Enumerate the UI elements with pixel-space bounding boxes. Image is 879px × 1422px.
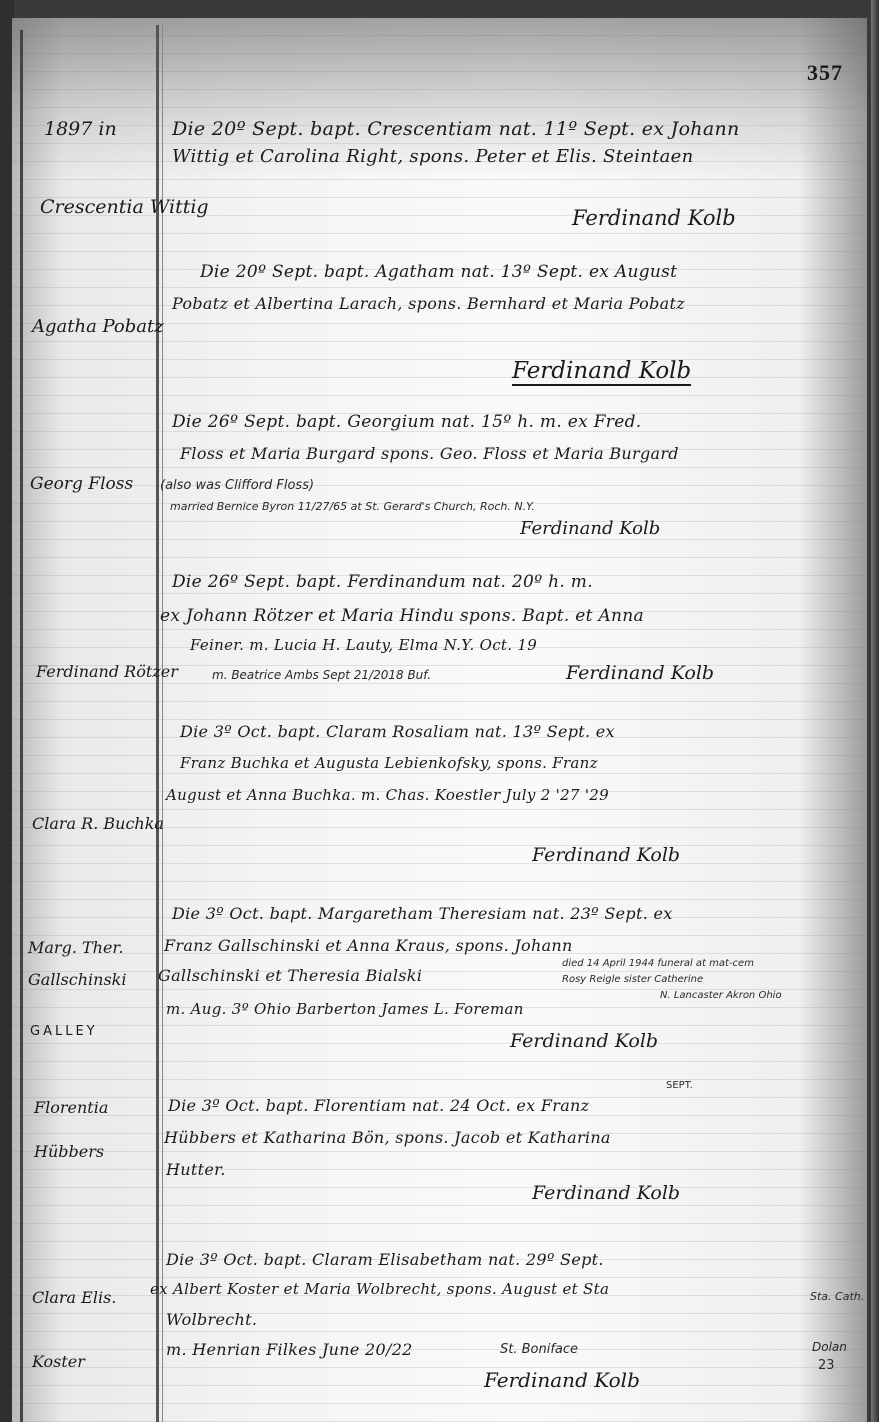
- annotation: 23: [818, 1358, 835, 1373]
- entry-line: Die 26º Sept. bapt. Georgium nat. 15º h.…: [172, 412, 641, 432]
- signature: Ferdinand Kolb: [566, 662, 714, 684]
- entry-line: August et Anna Buchka. m. Chas. Koestler…: [166, 786, 609, 804]
- entry-line: Wolbrecht.: [166, 1310, 257, 1329]
- annotation: N. Lancaster Akron Ohio: [660, 990, 782, 1001]
- margin-name: Ferdinand Rötzer: [36, 662, 178, 681]
- signature: Ferdinand Kolb: [520, 518, 660, 539]
- year-margin: 1897 in: [44, 118, 117, 140]
- margin-name: Crescentia Wittig: [40, 196, 209, 218]
- annotation: m. Beatrice Ambs Sept 21/2018 Buf.: [212, 668, 431, 682]
- entry-line: Franz Buchka et Augusta Lebienkofsky, sp…: [180, 754, 598, 772]
- entry-line: Wittig et Carolina Right, spons. Peter e…: [172, 146, 693, 167]
- annotation: Sta. Cath.: [810, 1290, 864, 1303]
- signature: Ferdinand Kolb: [512, 358, 691, 386]
- entry-line: Die 3º Oct. bapt. Claram Rosaliam nat. 1…: [180, 722, 615, 741]
- entry-line: Gallschinski et Theresia Bialski: [158, 966, 422, 985]
- entry-line: ex Johann Rötzer et Maria Hindu spons. B…: [160, 606, 644, 626]
- signature: Ferdinand Kolb: [532, 844, 680, 866]
- annotation: Dolan: [812, 1340, 847, 1354]
- annotation: died 14 April 1944 funeral at mat-cem: [562, 958, 754, 969]
- entry-line: Die 3º Oct. bapt. Claram Elisabetham nat…: [166, 1250, 604, 1269]
- annotation: Rosy Reigle sister Catherine: [562, 974, 703, 985]
- signature: Ferdinand Kolb: [510, 1030, 658, 1052]
- entry-line: Hübbers et Katharina Bön, spons. Jacob e…: [164, 1128, 611, 1147]
- entry-line: Hutter.: [166, 1160, 226, 1179]
- entry-line: Die 20º Sept. bapt. Crescentiam nat. 11º…: [172, 118, 740, 140]
- page-number: 357: [807, 60, 843, 86]
- entry-line: Floss et Maria Burgard spons. Geo. Floss…: [180, 444, 679, 463]
- signature: Ferdinand Kolb: [484, 1368, 640, 1392]
- entry-line: m. Henrian Filkes June 20/22: [166, 1340, 413, 1359]
- annotation: married Bernice Byron 11/27/65 at St. Ge…: [170, 500, 535, 513]
- annotation: SEPT.: [666, 1080, 693, 1091]
- entry-line: ex Albert Koster et Maria Wolbrecht, spo…: [150, 1280, 609, 1298]
- entry-line: Die 20º Sept. bapt. Agatham nat. 13º Sep…: [200, 262, 677, 282]
- margin-note: GALLEY: [30, 1024, 98, 1039]
- signature: Ferdinand Kolb: [572, 206, 736, 230]
- signature: Ferdinand Kolb: [532, 1182, 680, 1204]
- entry-line: Die 26º Sept. bapt. Ferdinandum nat. 20º…: [172, 572, 593, 592]
- margin-name: Marg. Ther. Gallschinski: [28, 932, 153, 996]
- entry-line: m. Aug. 3º Ohio Barberton James L. Forem…: [166, 1000, 524, 1018]
- margin-name: Agatha Pobatz: [32, 316, 164, 337]
- entry-line: Die 3º Oct. bapt. Margaretham Theresiam …: [172, 904, 673, 923]
- margin-name: Florentia Hübbers: [34, 1086, 144, 1174]
- entry-line: Pobatz et Albertina Larach, spons. Bernh…: [172, 294, 685, 313]
- margin-name: Clara R. Buchka: [32, 814, 164, 833]
- entry-line: Feiner. m. Lucia H. Lauty, Elma N.Y. Oct…: [190, 636, 537, 654]
- margin-rule-outer: [20, 30, 23, 1422]
- margin-rule-inner-thin: [162, 25, 163, 1422]
- register-page: [12, 18, 867, 1422]
- margin-name: Georg Floss: [30, 474, 133, 494]
- entry-line: Franz Gallschinski et Anna Kraus, spons.…: [164, 936, 573, 955]
- annotation: St. Boniface: [500, 1342, 578, 1357]
- margin-name: Clara Elis. Koster: [32, 1266, 142, 1394]
- entry-line: Die 3º Oct. bapt. Florentiam nat. 24 Oct…: [168, 1096, 589, 1115]
- margin-rule-inner: [156, 25, 159, 1422]
- scan-right-edge: [871, 0, 879, 1422]
- annotation: (also was Clifford Floss): [160, 478, 314, 493]
